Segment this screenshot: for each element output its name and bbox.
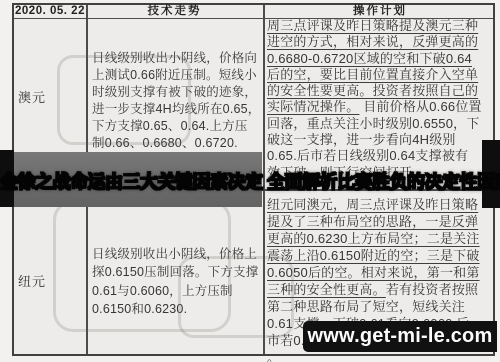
row-label-nzd: 纽元 bbox=[18, 271, 82, 290]
watermark-badge: www.get-mi-le.com bbox=[303, 321, 497, 352]
header-operation-plan-cell: 操作计划 bbox=[263, 5, 497, 17]
article-screenshot-photo: 2020. 05. 22 技术走势 操作计划 澳元 日线级别收出小阴线，价格向 … bbox=[0, 0, 500, 362]
nzd-technical-trend-text: 日线级别收出小阴线，价格上 探0.6150压制回落。下方支撑 0.61与0.60… bbox=[92, 245, 268, 319]
row-label-aud: 澳元 bbox=[18, 87, 82, 106]
aud-technical-trend-text: 日线级别收出小阴线，价格向 上测试0.66附近压制。短线小 时级别支撑有被下破的… bbox=[92, 50, 268, 152]
headline-banner-text: 金徐之战命运由三大关键因素决定 全面解析比赛胜负的决定性因素 bbox=[0, 168, 500, 194]
header-technical-trend-cell: 技术走势 bbox=[86, 5, 263, 17]
header-date-cell: 2020. 05. 22 bbox=[14, 5, 86, 17]
aud-operation-plan-text: 周三点评课及昨日策略提及澳元三种 进空的方式，相对来说，反弹更高的 0.6680… bbox=[267, 18, 500, 181]
watermark-url-text: www.get-mi-le.com bbox=[308, 325, 493, 348]
